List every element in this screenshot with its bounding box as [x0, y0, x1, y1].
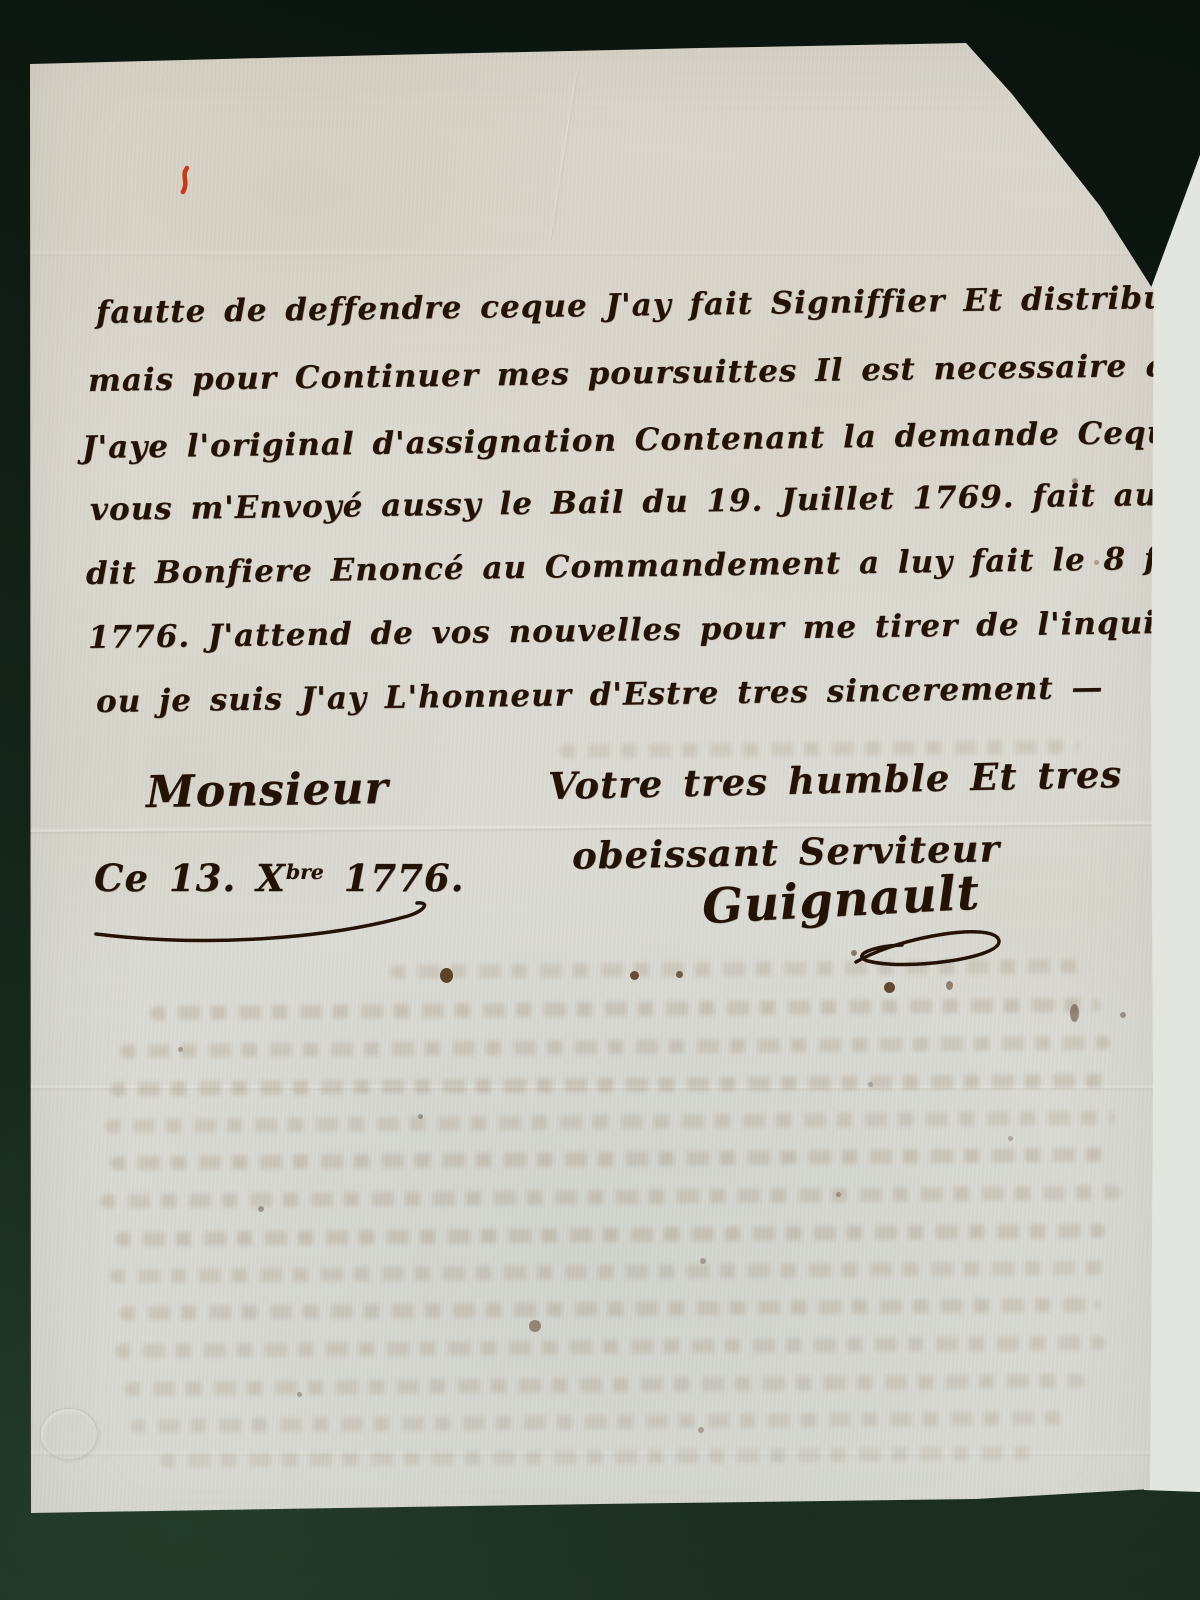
foxing-spot [700, 1258, 706, 1264]
date-superscript: bre [286, 860, 324, 884]
foxing-spot [418, 1114, 423, 1119]
foxing-spot [868, 1082, 873, 1087]
foxing-spot [1072, 478, 1078, 484]
foxing-spot [529, 1320, 541, 1332]
foxing-spot [851, 950, 857, 956]
date-line: Ce 13. Xbre 1776. [94, 856, 464, 900]
foxing-spot [946, 981, 953, 990]
date-prefix: Ce 13. X [94, 856, 286, 900]
foxing-spot [178, 1047, 183, 1052]
foxing-spot [1070, 1004, 1079, 1022]
foxing-spot [297, 1392, 302, 1397]
foxing-spot [258, 1206, 264, 1212]
salutation: Monsieur [146, 763, 390, 818]
letter-paper: fautte de deffendre ceque J'ay fait Sign… [0, 0, 1200, 1600]
foxing-spot [630, 971, 639, 980]
date-suffix: 1776. [324, 856, 465, 900]
embossed-seal-mark [40, 1408, 98, 1460]
photo-background: fautte de deffendre ceque J'ay fait Sign… [0, 0, 1200, 1600]
foxing-spot [440, 968, 453, 983]
foxing-spot [836, 1192, 841, 1197]
foxing-spot [1008, 1136, 1013, 1141]
foxing-spot [698, 1427, 704, 1433]
foxing-spot [884, 982, 895, 993]
foxing-spot [1120, 1012, 1126, 1018]
foxing-spot [1094, 560, 1099, 565]
foxing-spot [676, 971, 683, 978]
